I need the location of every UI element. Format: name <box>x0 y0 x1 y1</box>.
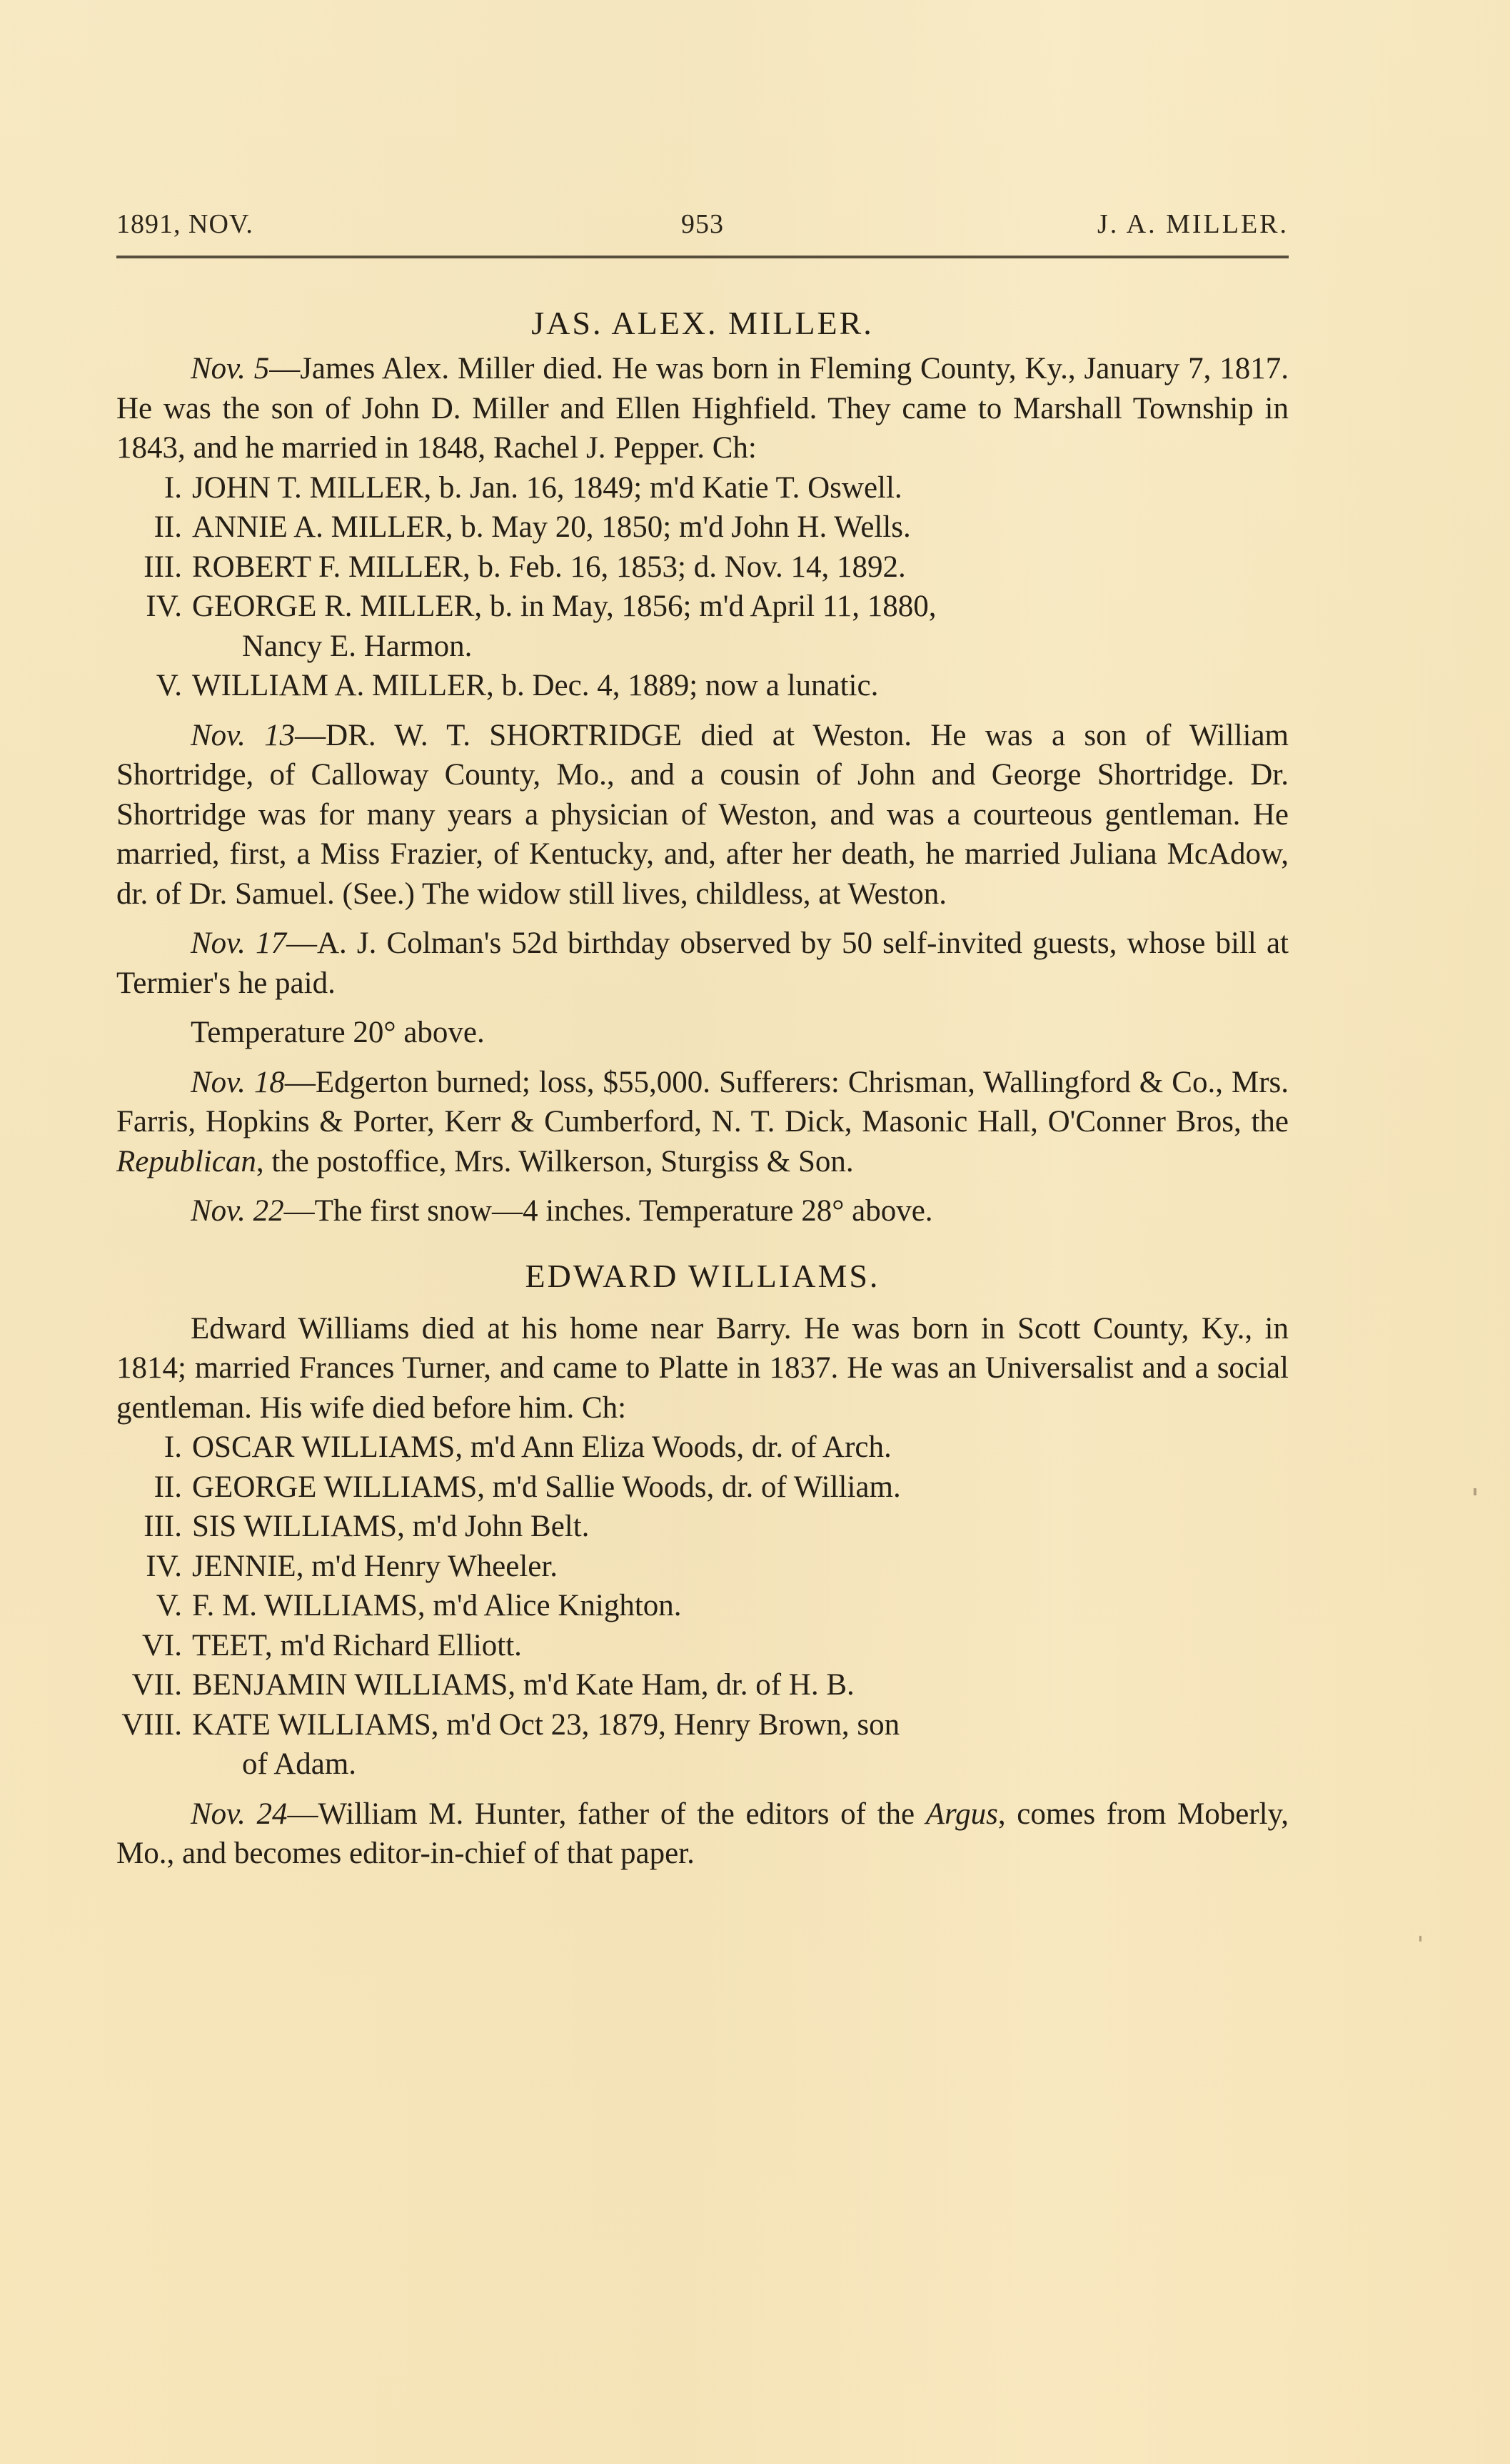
entry-text: —A. J. Colman's 52d birthday observed by… <box>116 926 1289 1000</box>
list-numeral: II. <box>116 508 192 547</box>
list-numeral: I. <box>116 468 192 508</box>
list-numeral: IV. <box>116 587 192 627</box>
list-item: IV. GEORGE R. MILLER, b. in May, 1856; m… <box>116 587 1289 666</box>
entry-date: Nov. 18 <box>191 1066 285 1099</box>
entry-date: Nov. 13 <box>191 719 295 752</box>
miller-children-list: I. JOHN T. MILLER, b. Jan. 16, 1849; m'd… <box>116 468 1289 706</box>
williams-intro-paragraph: Edward Williams died at his home near Ba… <box>116 1309 1289 1428</box>
list-item: III. ROBERT F. MILLER, b. Feb. 16, 1853;… <box>116 547 1289 587</box>
entry-nov-13: Nov. 13—DR. W. T. SHORTRIDGE died at Wes… <box>116 716 1289 914</box>
section-miller: JAS. ALEX. MILLER. Nov. 5—James Alex. Mi… <box>116 304 1289 1231</box>
list-item-continuation: Nancy E. Harmon. <box>192 627 1289 667</box>
section-title: JAS. ALEX. MILLER. <box>116 304 1289 342</box>
entry-text: —James Alex. Miller died. He was born in… <box>116 352 1289 465</box>
entry-nov-17: Nov. 17—A. J. Colman's 52d birthday obse… <box>116 924 1289 1003</box>
entry-date: Nov. 5 <box>191 352 269 385</box>
list-numeral: VII. <box>116 1665 192 1705</box>
list-numeral: III. <box>116 1507 192 1547</box>
entry-text: —The first snow—4 inches. Temperature 28… <box>284 1194 933 1228</box>
entry-text: Temperature 20° above. <box>191 1016 485 1049</box>
section-williams: EDWARD WILLIAMS. Edward Williams died at… <box>116 1257 1289 1874</box>
list-item-text: GEORGE R. MILLER, b. in May, 1856; m'd A… <box>192 590 937 623</box>
entry-text: Edward Williams died at his home near Ba… <box>116 1312 1289 1425</box>
list-numeral: I. <box>116 1428 192 1468</box>
list-item-text: TEET, m'd Richard Elliott. <box>192 1629 522 1662</box>
list-item: II. GEORGE WILLIAMS, m'd Sallie Woods, d… <box>116 1468 1289 1508</box>
entry-date: Nov. 24 <box>191 1797 287 1831</box>
list-item: I. OSCAR WILLIAMS, m'd Ann Eliza Woods, … <box>116 1428 1289 1468</box>
entry-nov-24: Nov. 24—William M. Hunter, father of the… <box>116 1794 1289 1874</box>
entry-text: —William M. Hunter, father of the editor… <box>287 1797 925 1831</box>
list-item-text: WILLIAM A. MILLER, b. Dec. 4, 1889; now … <box>192 669 878 702</box>
williams-children-list: I. OSCAR WILLIAMS, m'd Ann Eliza Woods, … <box>116 1428 1289 1784</box>
list-item-text: BENJAMIN WILLIAMS, m'd Kate Ham, dr. of … <box>192 1668 855 1702</box>
list-numeral: V. <box>116 1586 192 1626</box>
miller-intro-paragraph: Nov. 5—James Alex. Miller died. He was b… <box>116 349 1289 468</box>
list-item: V. WILLIAM A. MILLER, b. Dec. 4, 1889; n… <box>116 666 1289 706</box>
list-item-text: ANNIE A. MILLER, b. May 20, 1850; m'd Jo… <box>192 510 911 544</box>
entry-date: Nov. 17 <box>191 926 286 960</box>
list-item-text: F. M. WILLIAMS, m'd Alice Knighton. <box>192 1589 682 1622</box>
list-item-text: SIS WILLIAMS, m'd John Belt. <box>192 1510 589 1543</box>
entry-nov-22: Nov. 22—The first snow—4 inches. Tempera… <box>116 1191 1289 1231</box>
list-numeral: VI. <box>116 1626 192 1666</box>
book-page: 1891, NOV. 953 J. A. MILLER. JAS. ALEX. … <box>116 201 1289 1874</box>
list-item: II. ANNIE A. MILLER, b. May 20, 1850; m'… <box>116 508 1289 547</box>
list-numeral: IV. <box>116 1547 192 1587</box>
stray-mark <box>1419 1936 1421 1942</box>
running-head-subject: J. A. MILLER. <box>1097 208 1289 240</box>
list-item: I. JOHN T. MILLER, b. Jan. 16, 1849; m'd… <box>116 468 1289 508</box>
list-item: V. F. M. WILLIAMS, m'd Alice Knighton. <box>116 1586 1289 1626</box>
running-head: 1891, NOV. 953 J. A. MILLER. <box>116 201 1289 246</box>
stray-mark <box>1474 1488 1476 1495</box>
header-rule <box>116 256 1289 258</box>
entry-text: , the postoffice, Mrs. Wilkerson, Sturgi… <box>256 1145 854 1178</box>
list-item-text: JOHN T. MILLER, b. Jan. 16, 1849; m'd Ka… <box>192 471 902 505</box>
list-numeral: III. <box>116 547 192 587</box>
list-item: VIII. KATE WILLIAMS, m'd Oct 23, 1879, H… <box>116 1705 1289 1784</box>
list-item-text: JENNIE, m'd Henry Wheeler. <box>192 1550 558 1583</box>
entry-temperature: Temperature 20° above. <box>116 1013 1289 1053</box>
list-item-continuation: of Adam. <box>192 1745 1289 1784</box>
list-item-text: ROBERT F. MILLER, b. Feb. 16, 1853; d. N… <box>192 550 906 584</box>
newspaper-title: Republican <box>116 1145 256 1178</box>
entry-text: —Edgerton burned; loss, $55,000. Suffere… <box>116 1066 1289 1139</box>
list-item: IV. JENNIE, m'd Henry Wheeler. <box>116 1547 1289 1587</box>
list-numeral: VIII. <box>116 1705 192 1745</box>
entry-nov-18: Nov. 18—Edgerton burned; loss, $55,000. … <box>116 1063 1289 1182</box>
list-item: VI. TEET, m'd Richard Elliott. <box>116 1626 1289 1666</box>
list-item-text: KATE WILLIAMS, m'd Oct 23, 1879, Henry B… <box>192 1708 900 1742</box>
newspaper-title: Argus <box>926 1797 998 1831</box>
list-numeral: V. <box>116 666 192 706</box>
list-item-text: GEORGE WILLIAMS, m'd Sallie Woods, dr. o… <box>192 1470 901 1504</box>
list-item: III. SIS WILLIAMS, m'd John Belt. <box>116 1507 1289 1547</box>
list-item: VII. BENJAMIN WILLIAMS, m'd Kate Ham, dr… <box>116 1665 1289 1705</box>
list-item-text: OSCAR WILLIAMS, m'd Ann Eliza Woods, dr.… <box>192 1430 892 1464</box>
list-numeral: II. <box>116 1468 192 1508</box>
section-title: EDWARD WILLIAMS. <box>116 1257 1289 1295</box>
entry-date: Nov. 22 <box>191 1194 284 1228</box>
